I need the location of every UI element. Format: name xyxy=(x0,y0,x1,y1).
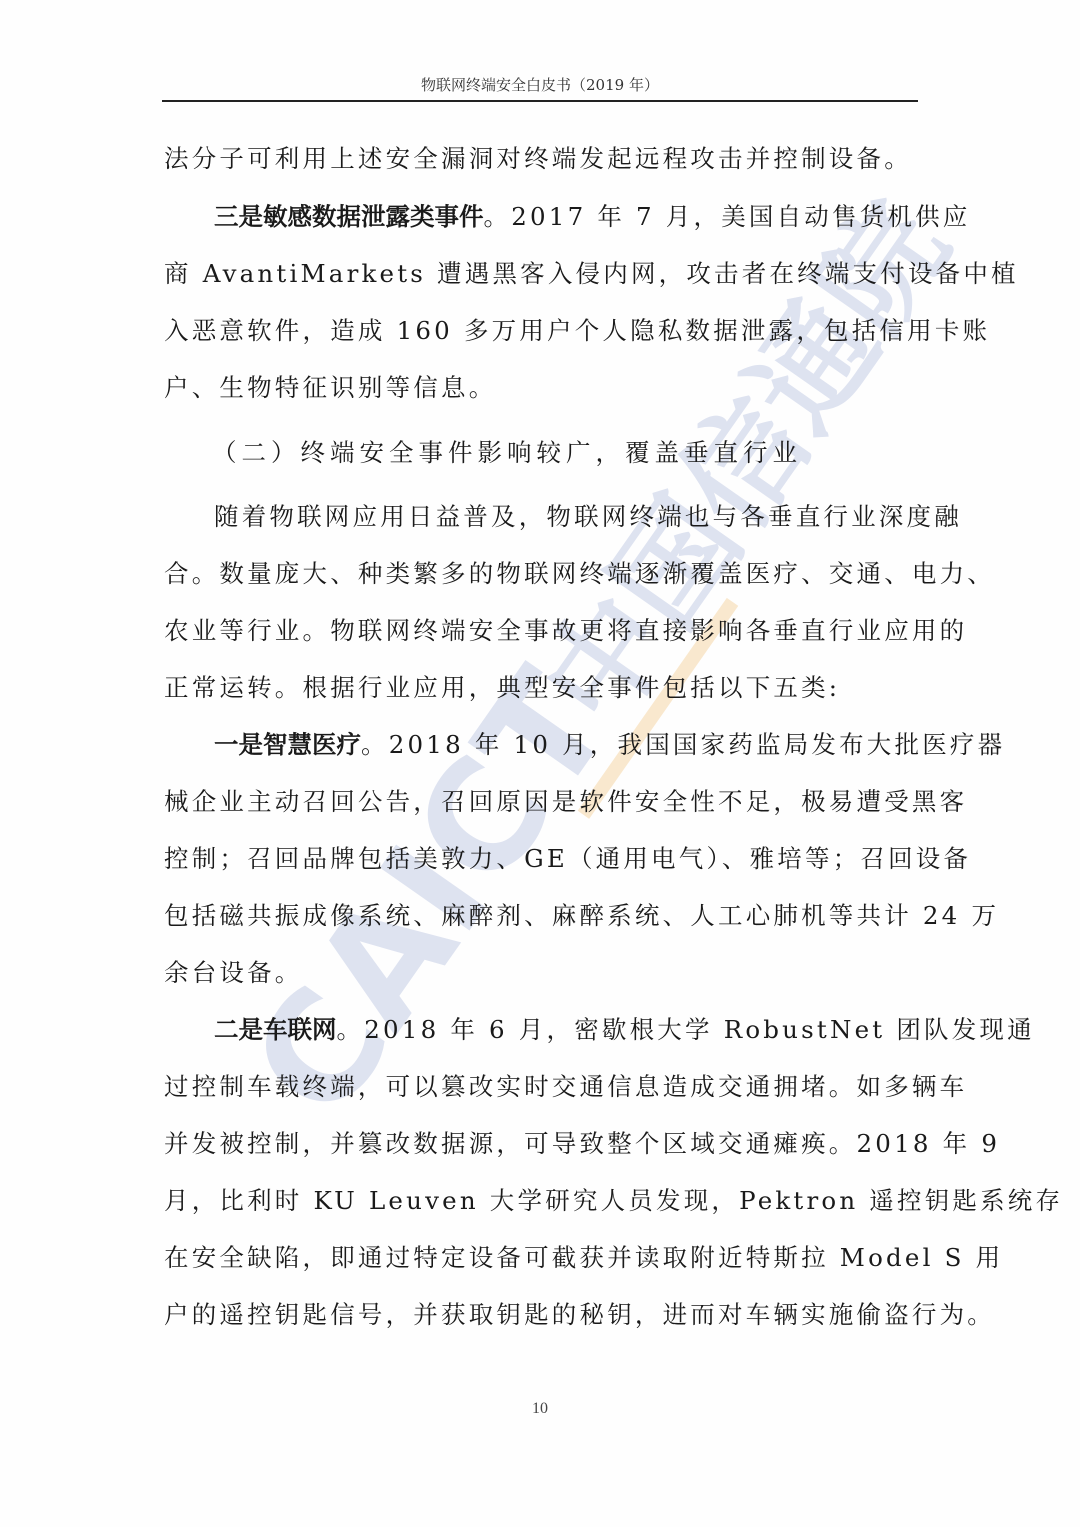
document-page: 物联网终端安全白皮书（2019 年） CAICT 中国信通院 法分子可利用上述安… xyxy=(0,0,1080,1527)
paragraph-line: 械企业主动召回公告，召回原因是软件安全性不足，极易遭受黑客 xyxy=(164,785,916,819)
paragraph-line: 随着物联网应用日益普及，物联网终端也与各垂直行业深度融 xyxy=(214,500,916,534)
section-heading: （二）终端安全事件影响较广，覆盖垂直行业 xyxy=(212,436,964,470)
inline-heading: 三是敏感数据泄露类事件 xyxy=(214,202,484,231)
page-number: 10 xyxy=(0,1400,1080,1418)
running-header: 物联网终端安全白皮书（2019 年） xyxy=(162,74,918,95)
paragraph-line: 包括磁共振成像系统、麻醉剂、麻醉系统、人工心肺机等共计 24 万 xyxy=(164,899,916,933)
paragraph-line: 商 AvantiMarkets 遭遇黑客入侵内网，攻击者在终端支付设备中植 xyxy=(164,257,916,291)
paragraph-line: 月，比利时 KU Leuven 大学研究人员发现，Pektron 遥控钥匙系统存 xyxy=(164,1184,916,1218)
inline-heading: 二是车联网 xyxy=(214,1015,337,1044)
paragraph-line: 过控制车载终端，可以篡改实时交通信息造成交通拥堵。如多辆车 xyxy=(164,1070,916,1104)
paragraph-line: 并发被控制，并篡改数据源，可导致整个区域交通瘫痪。2018 年 9 xyxy=(164,1127,916,1161)
paragraph-line: 一是智慧医疗。2018 年 10 月，我国国家药监局发布大批医疗器 xyxy=(214,728,916,762)
paragraph-line: 法分子可利用上述安全漏洞对终端发起远程攻击并控制设备。 xyxy=(164,142,916,176)
paragraph-line: 正常运转。根据行业应用，典型安全事件包括以下五类: xyxy=(164,671,916,705)
paragraph-line: 户、生物特征识别等信息。 xyxy=(164,371,916,405)
paragraph-line: 控制；召回品牌包括美敦力、GE（通用电气）、雅培等；召回设备 xyxy=(164,842,916,876)
paragraph-line: 二是车联网。2018 年 6 月，密歇根大学 RobustNet 团队发现通 xyxy=(214,1013,916,1047)
paragraph-line: 合。数量庞大、种类繁多的物联网终端逐渐覆盖医疗、交通、电力、 xyxy=(164,557,916,591)
paragraph-line: 在安全缺陷，即通过特定设备可截获并读取附近特斯拉 Model S 用 xyxy=(164,1241,916,1275)
paragraph-line: 余台设备。 xyxy=(164,956,916,990)
header-divider xyxy=(162,100,918,102)
paragraph-line: 农业等行业。物联网终端安全事故更将直接影响各垂直行业应用的 xyxy=(164,614,916,648)
paragraph-line: 入恶意软件，造成 160 多万用户个人隐私数据泄露，包括信用卡账 xyxy=(164,314,916,348)
paragraph-line: 三是敏感数据泄露类事件。2017 年 7 月，美国自动售货机供应 xyxy=(214,200,916,234)
inline-heading: 一是智慧医疗 xyxy=(214,730,361,759)
paragraph-line: 户的遥控钥匙信号，并获取钥匙的秘钥，进而对车辆实施偷盗行为。 xyxy=(164,1298,916,1332)
